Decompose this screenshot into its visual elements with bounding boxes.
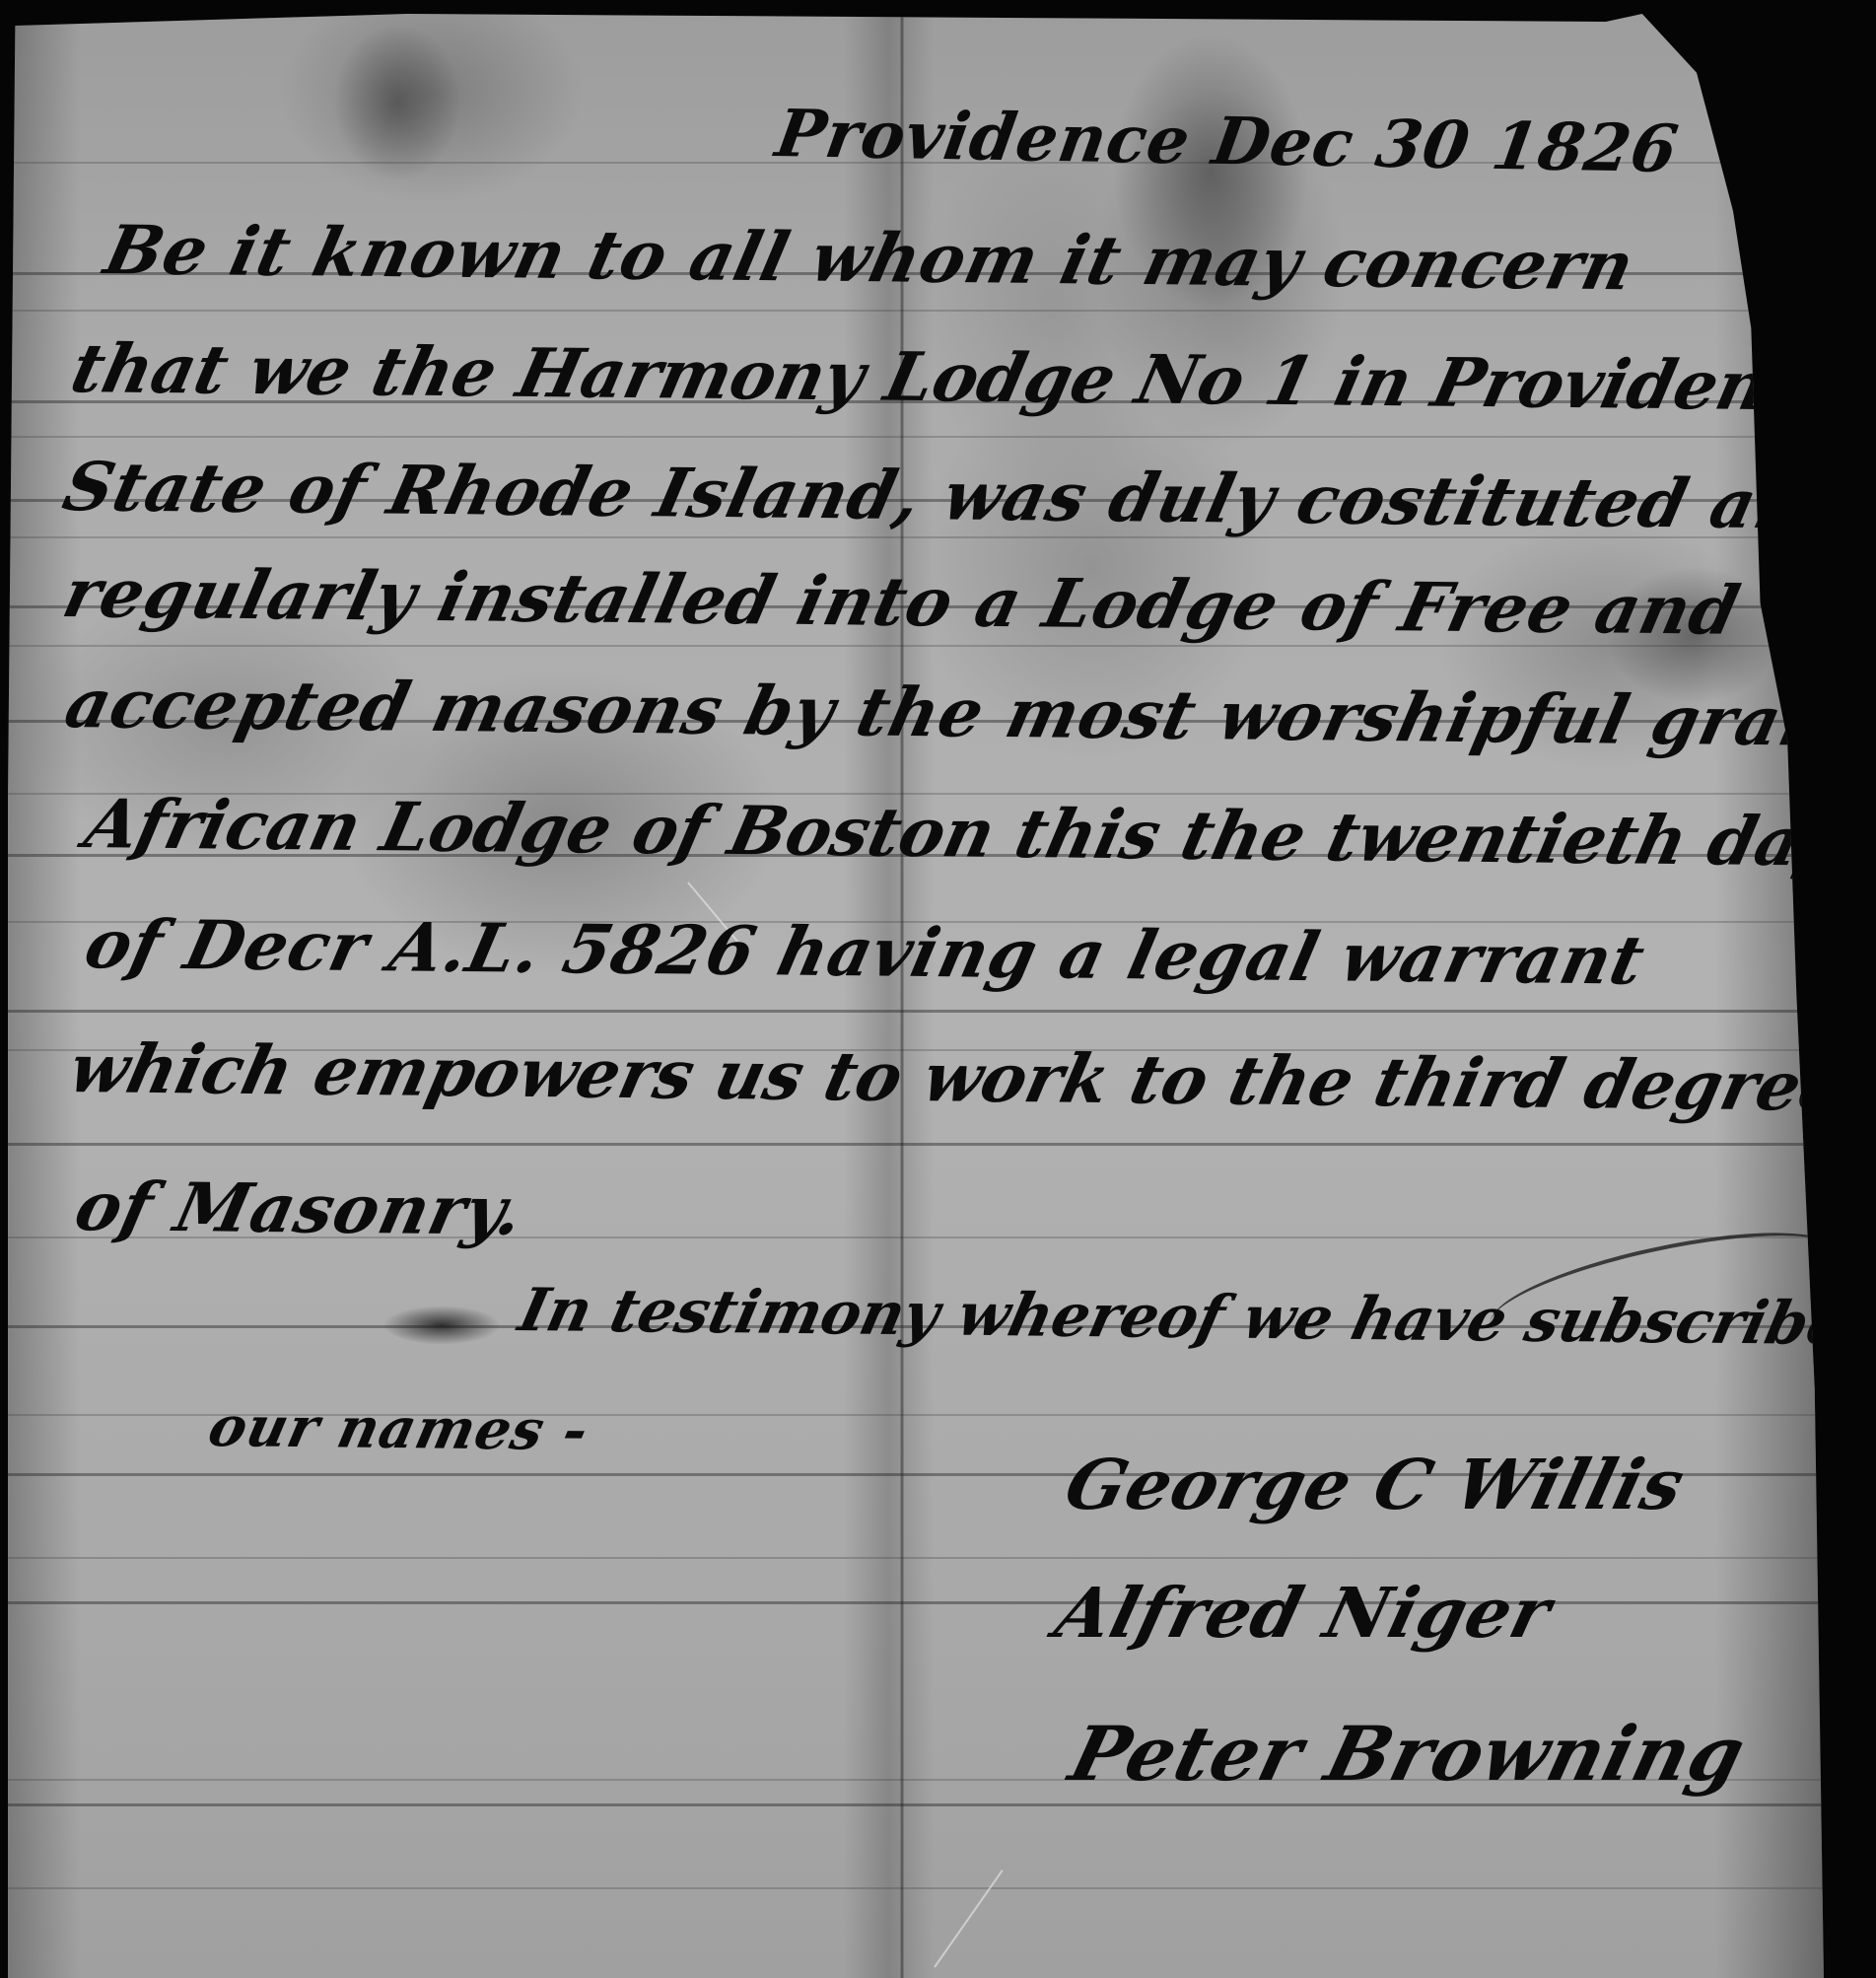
signature-peter-browning: Peter Browning — [1062, 1710, 1755, 1798]
ruled-line — [8, 1803, 1824, 1806]
ruled-line — [8, 436, 1824, 438]
ruled-line — [8, 1887, 1824, 1889]
ruled-line — [8, 1010, 1824, 1013]
ink-blot — [382, 1306, 501, 1345]
body-line-2: that we the Harmony Lodge No 1 in Provid… — [64, 329, 1858, 427]
body-line-8: which empowers us to work to the third d… — [62, 1029, 1851, 1127]
signature-alfred-niger: Alfred Niger — [1048, 1572, 1560, 1654]
body-line-5: accepted masons by the most worshipful g… — [58, 665, 1876, 762]
ruled-line — [8, 1557, 1824, 1559]
testimony-line: In testimony whereof we have subscribed — [513, 1276, 1876, 1360]
scratch-mark — [934, 1870, 1003, 1967]
place-date: Providence Dec 30 1826 — [771, 95, 1684, 187]
body-line-3: State of Rhode Island, was duly costitut… — [56, 448, 1862, 545]
water-stain — [333, 24, 461, 181]
document-paper: Providence Dec 30 1826 Be it known to al… — [8, 14, 1824, 1978]
body-line-7: of Decr A.L. 5826 having a legal warrant — [78, 905, 1652, 1001]
our-names-line: our names - — [203, 1394, 595, 1463]
edge-tear — [1684, 13, 1761, 302]
body-line-1: Be it known to all whom it may concern — [98, 211, 1641, 306]
ruled-line — [8, 310, 1824, 312]
ruled-line — [8, 1143, 1824, 1146]
body-line-6: African Lodge of Boston this the twentie… — [78, 785, 1847, 883]
signature-george-c-willis: George C Willis — [1058, 1444, 1694, 1525]
fold-crease — [900, 14, 904, 1978]
body-line-9: of Masonry. — [68, 1167, 531, 1251]
body-line-4: regularly installed into a Lodge of Free… — [56, 554, 1747, 651]
